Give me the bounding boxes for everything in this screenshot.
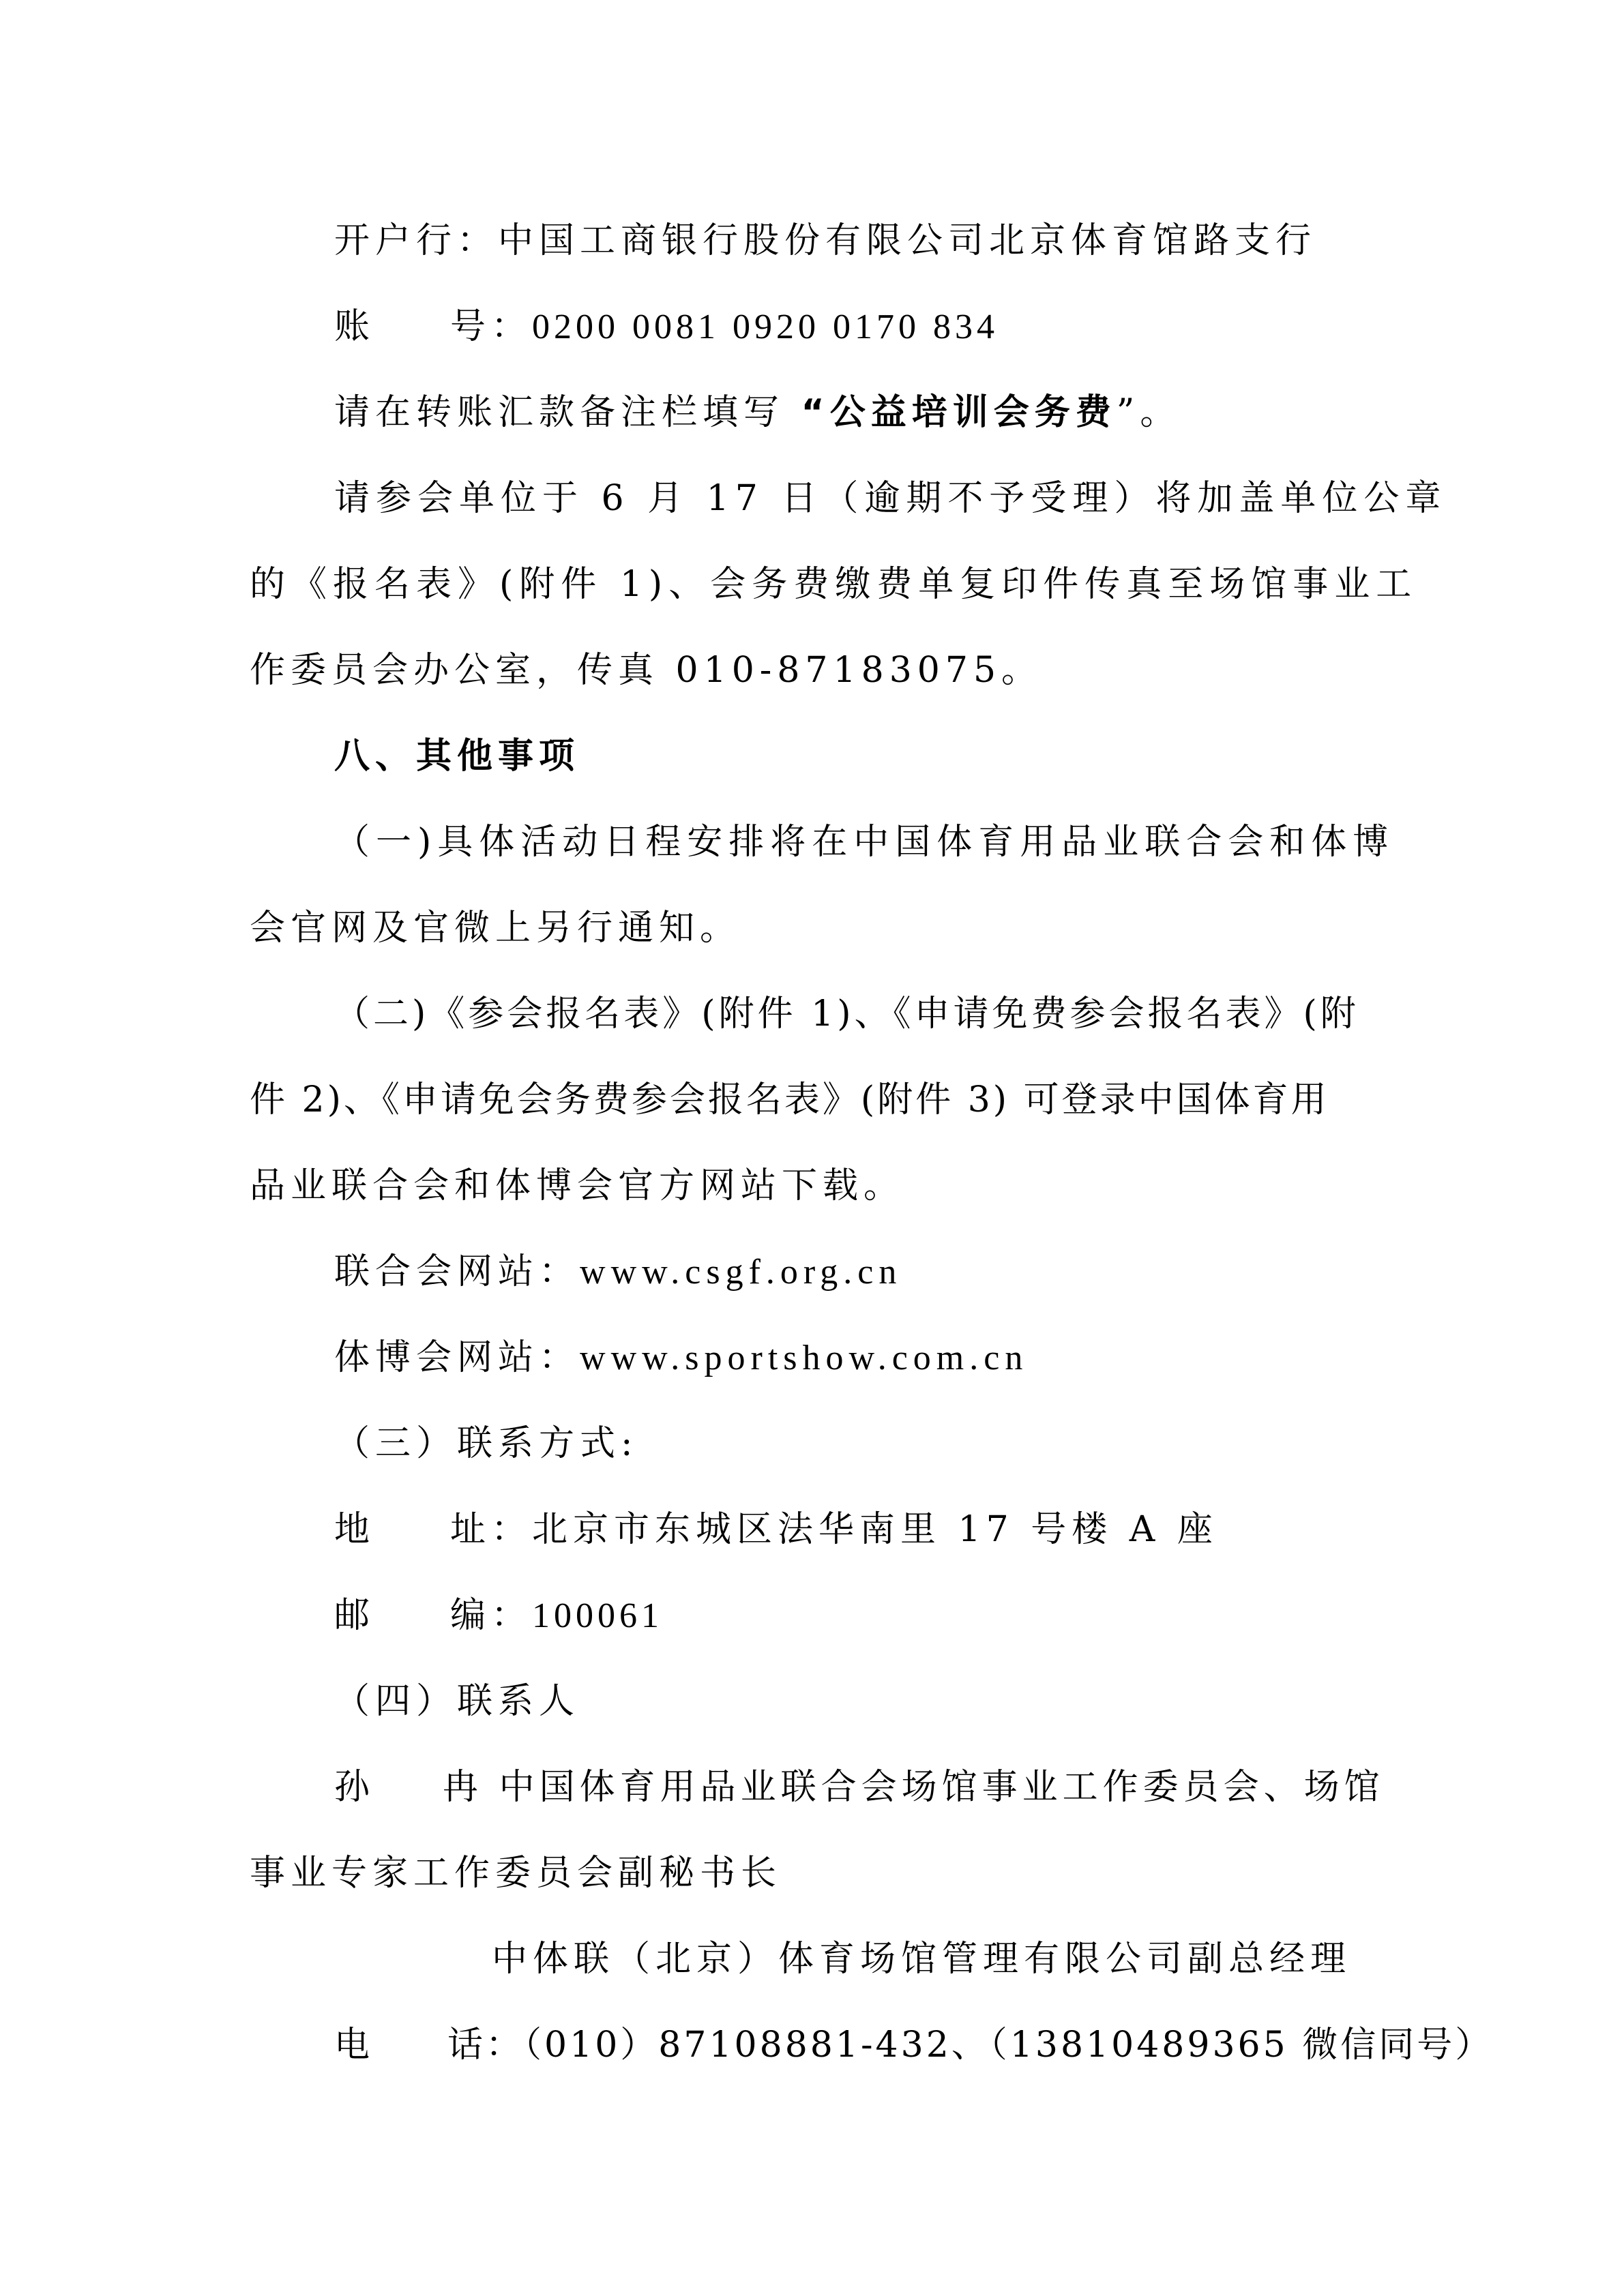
postcode-label-2: 编：	[450, 1595, 532, 1636]
address-line: 地址：北京市东城区法华南里 17 号楼 A 座	[334, 1505, 1218, 1554]
remark-prefix: 请在转账汇款备注栏填写	[334, 392, 801, 433]
item1-line-1: （一)具体活动日程安排将在中国体育用品业联合会和体博	[334, 818, 1394, 867]
item2-line-3: 品业联合会和体博会官方网站下载。	[250, 1161, 904, 1210]
contact-title-line-2: 事业专家工作委员会副秘书长	[250, 1849, 782, 1898]
phone-label-2: 话：	[447, 2025, 524, 2066]
remark-quote-close: ”。	[1117, 392, 1181, 433]
account-label-1: 账	[334, 306, 375, 347]
phone-label-1: 电	[334, 2025, 372, 2066]
submit-paragraph-line-2: 的《报名表》(附件 1)、会务费缴费单复印件传真至场馆事业工	[250, 560, 1417, 609]
website2-line: 体博会网站：www.sportshow.com.cn	[334, 1333, 1028, 1382]
submit-paragraph-line-3: 作委员会办公室，传真 010-87183075。	[250, 646, 1042, 695]
submit-paragraph-line-1: 请参会单位于 6 月 17 日（逾期不予受理）将加盖单位公章	[334, 474, 1447, 523]
account-label-2: 号：	[450, 306, 532, 347]
item2-line-1: （二)《参会报名表》(附件 1)、《申请免费参会报名表》(附	[334, 989, 1359, 1039]
address-label-1: 地	[334, 1509, 375, 1550]
account-number: 0200 0081 0920 0170 834	[532, 308, 999, 346]
postcode-value: 100061	[532, 1596, 663, 1635]
address-label-2: 址：	[450, 1509, 532, 1550]
website1-label: 联合会网站：	[334, 1251, 580, 1292]
contact-name-1: 孙	[334, 1767, 374, 1808]
website2-label: 体博会网站：	[334, 1337, 580, 1378]
bank-label: 开户行：	[334, 220, 498, 261]
account-line: 账号：0200 0081 0920 0170 834	[334, 302, 999, 351]
postcode-label-1: 邮	[334, 1595, 375, 1636]
item2-line-2: 件 2)、《申请免会务费参会报名表》(附件 3) 可登录中国体育用	[250, 1075, 1329, 1124]
phone-value: （010）87108881-432、（13810489365 微信同号）	[524, 2025, 1493, 2066]
section-heading: 八、其他事项	[334, 732, 580, 781]
contact-title-line-3: 中体联（北京）体育场馆管理有限公司副总经理	[492, 1935, 1351, 1984]
document-page: 开户行：中国工商银行股份有限公司北京体育馆路支行 账号：0200 0081 09…	[0, 0, 1624, 2296]
remark-bold-text: 公益培训会务费	[830, 392, 1117, 433]
contact-line-1: 孙冉 中国体育用品业联合会场馆事业工作委员会、场馆	[334, 1763, 1385, 1812]
bank-line: 开户行：中国工商银行股份有限公司北京体育馆路支行	[334, 216, 1316, 265]
remark-quote-open: “	[801, 392, 830, 433]
phone-line: 电话：（010）87108881-432、（13810489365 微信同号）	[334, 2021, 1493, 2070]
item1-line-2: 会官网及官微上另行通知。	[250, 904, 741, 953]
website2-link[interactable]: www.sportshow.com.cn	[580, 1339, 1028, 1377]
item3-heading: （三）联系方式:	[334, 1419, 638, 1468]
contact-title-1: 中国体育用品业联合会场馆事业工作委员会、场馆	[499, 1767, 1385, 1808]
website1-line: 联合会网站：www.csgf.org.cn	[334, 1247, 902, 1296]
item4-heading: （四）联系人	[334, 1677, 580, 1726]
contact-name-2: 冉	[443, 1767, 483, 1808]
remark-line: 请在转账汇款备注栏填写 “公益培训会务费”。	[334, 388, 1181, 437]
address-value: 北京市东城区法华南里 17 号楼 A 座	[532, 1509, 1218, 1550]
postcode-line: 邮编：100061	[334, 1591, 663, 1640]
bank-value: 中国工商银行股份有限公司北京体育馆路支行	[498, 220, 1316, 261]
website1-link[interactable]: www.csgf.org.cn	[580, 1253, 902, 1292]
